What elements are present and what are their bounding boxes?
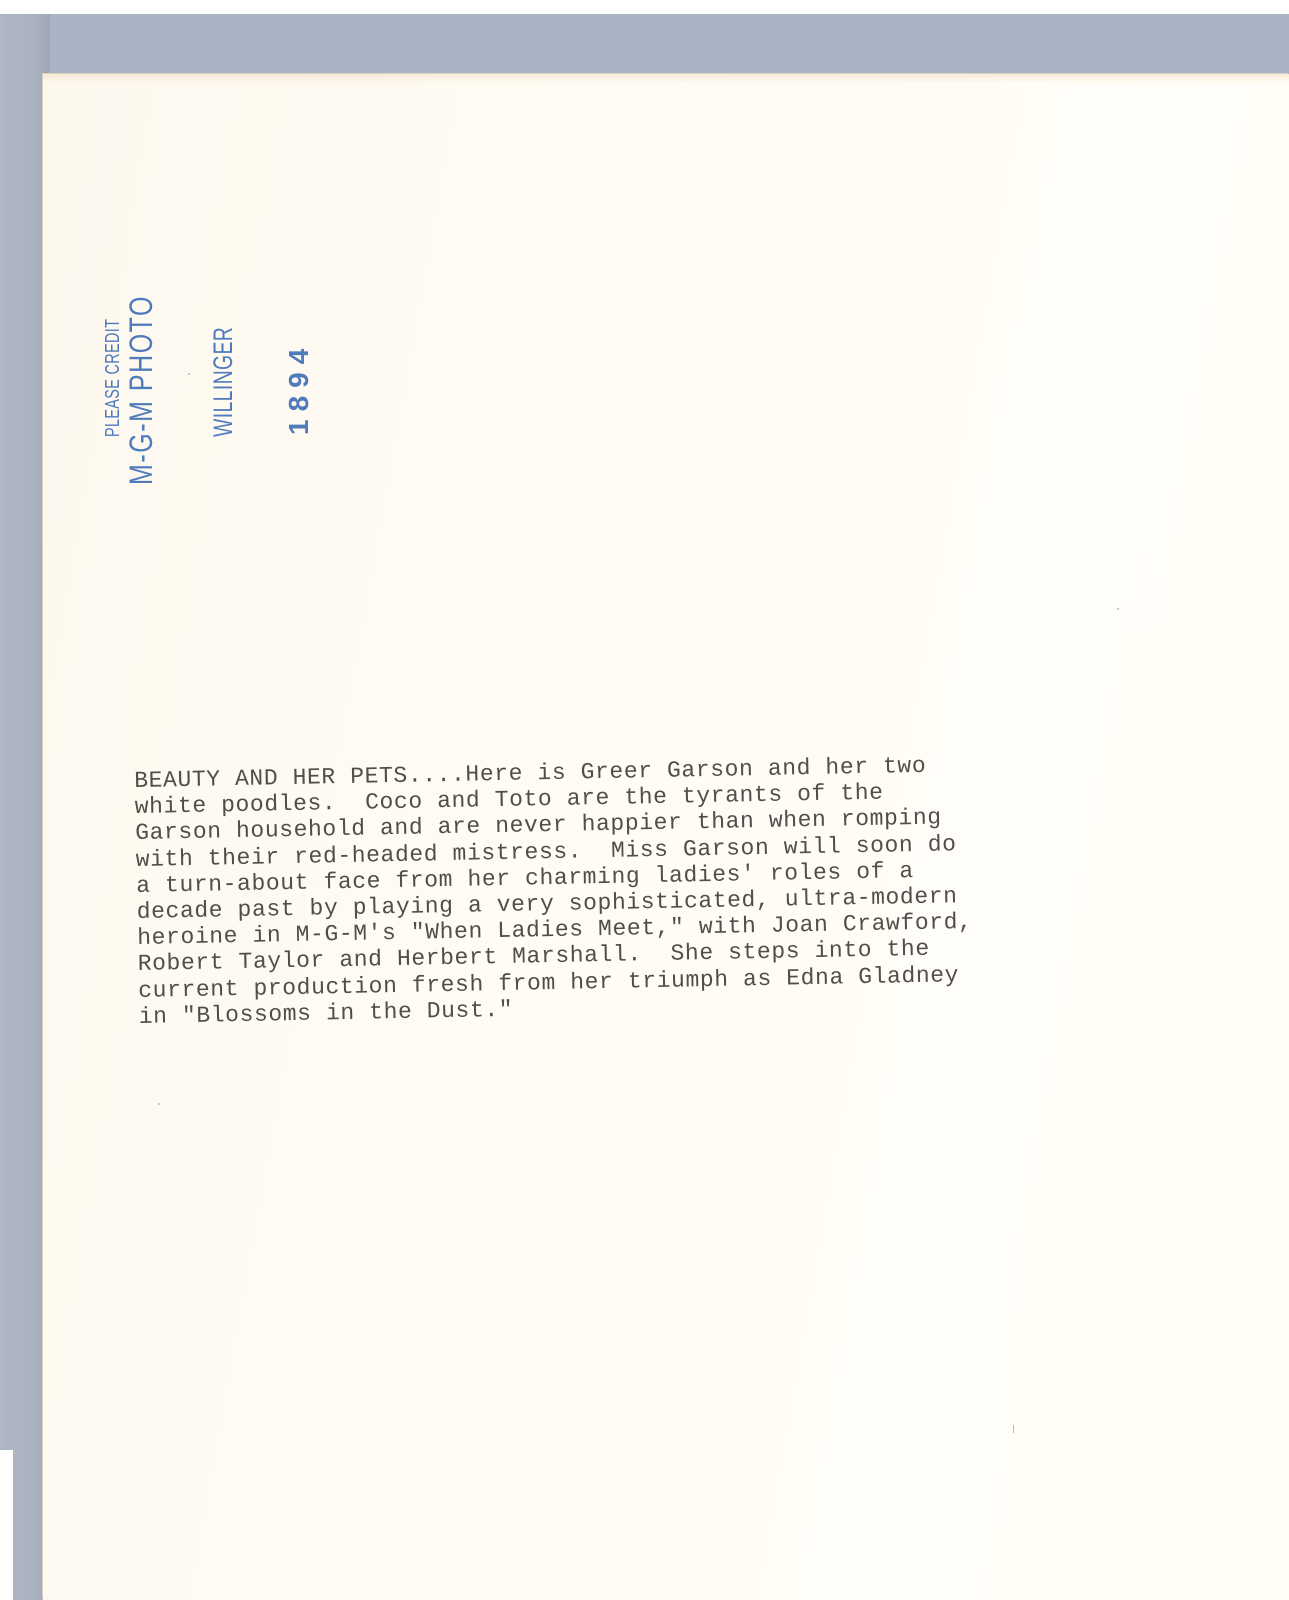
paper-speck xyxy=(188,373,190,375)
paper-speck xyxy=(1117,608,1119,610)
stamp-photographer: WILLINGER xyxy=(208,327,239,437)
paper-speck xyxy=(158,1103,160,1105)
stamp-studio: M-G-M PHOTO xyxy=(123,295,160,485)
typed-caption: BEAUTY AND HER PETS....Here is Greer Gar… xyxy=(134,750,1079,1030)
stamp-credit-label: PLEASE CREDIT xyxy=(102,319,125,437)
paper-edge-shadow xyxy=(43,74,1289,84)
credit-stamp: PLEASE CREDIT M-G-M PHOTO WILLINGER 1894 xyxy=(90,265,330,495)
scanner-border-gap xyxy=(0,1450,13,1600)
stamp-photo-number: 1894 xyxy=(283,341,315,435)
scanner-border-top xyxy=(0,14,1289,74)
paper-speck xyxy=(1013,1425,1014,1433)
